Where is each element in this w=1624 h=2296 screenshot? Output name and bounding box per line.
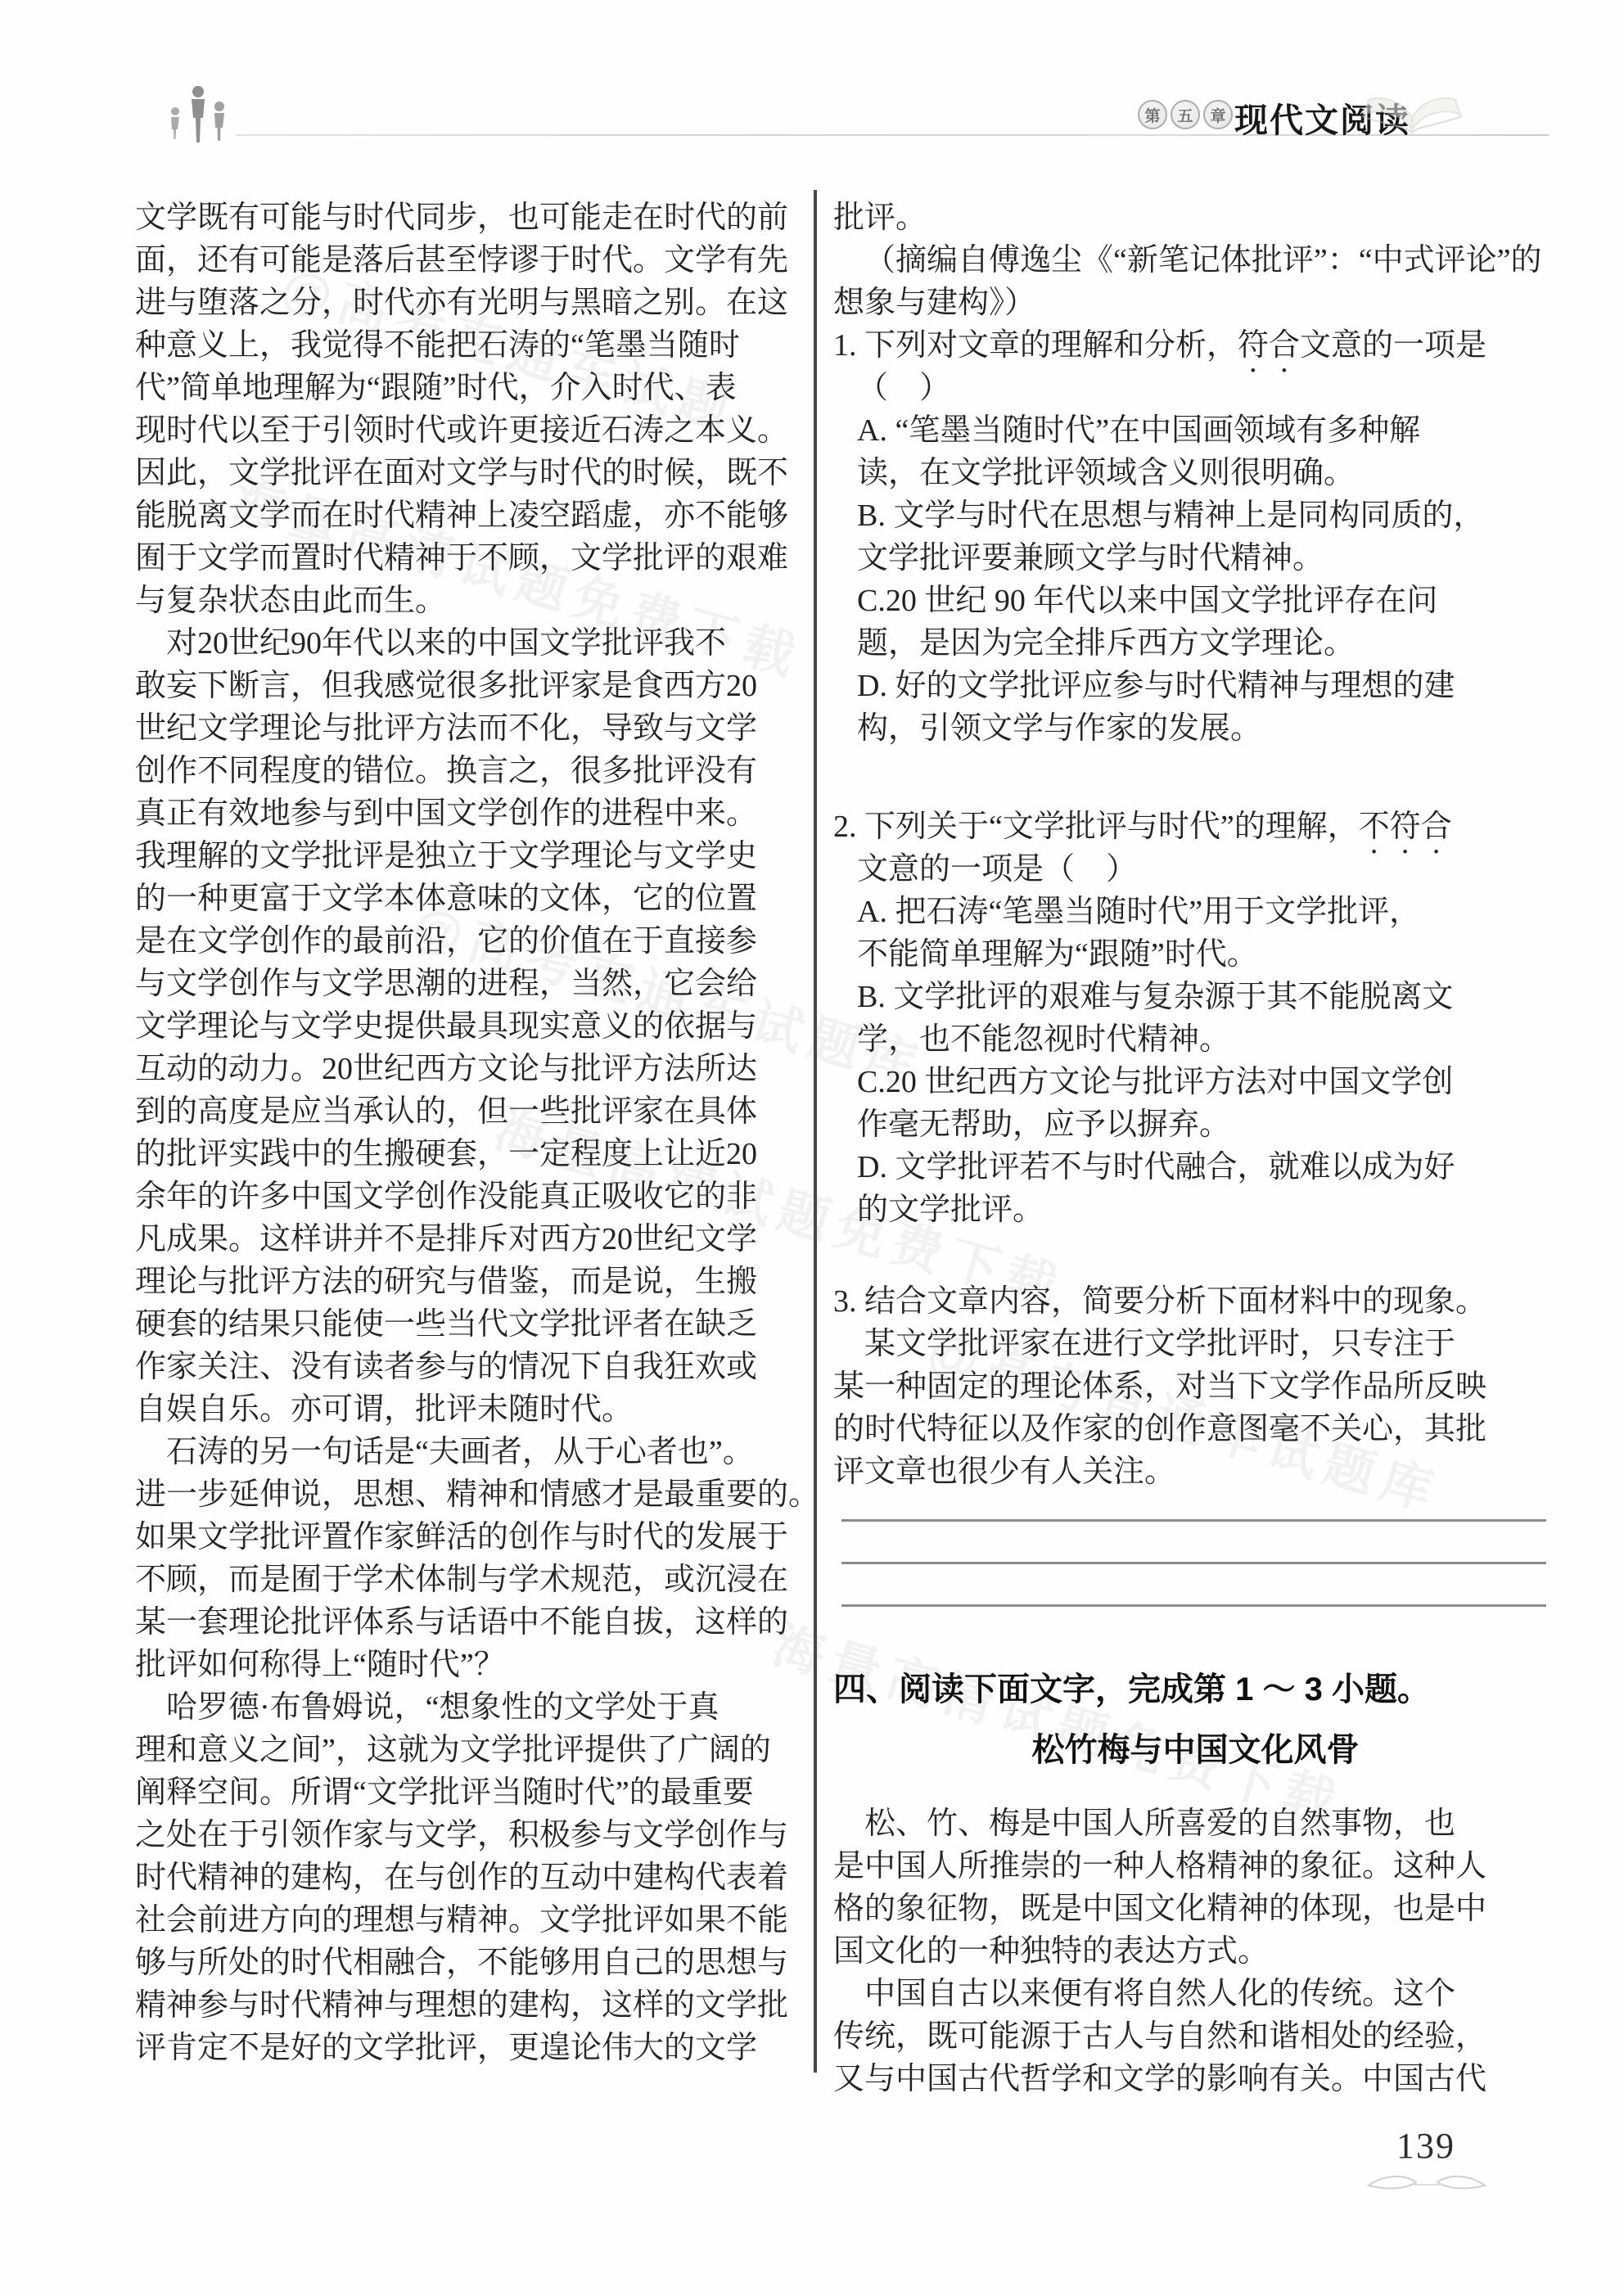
page-number: 139 xyxy=(1396,2125,1455,2167)
text-line: 囿于文学而置时代精神于不顾，文学批评的艰难 xyxy=(135,537,827,580)
text-line: 因此，文学批评在面对文学与时代的时候，既不 xyxy=(135,452,827,494)
text-line: 想象与建构》） xyxy=(833,282,1558,324)
text-line: 进一步延伸说，思想、精神和情感才是最重要的。 xyxy=(135,1473,827,1516)
text-line: C.20 世纪 90 年代以来中国文学批评存在问 xyxy=(833,580,1558,622)
text-line: 能脱离文学而在时代精神上凌空蹈虚，亦不能够 xyxy=(135,494,827,537)
text-line: 够与所处的时代相融合，不能够用自己的思想与 xyxy=(135,1942,827,1984)
left-text-column: 文学既有可能与时代同步，也可能走在时代的前面，还有可能是落后甚至悖谬于时代。文学… xyxy=(135,196,827,2069)
text-line: 与文学创作与文学思潮的进程，当然，它会给 xyxy=(135,963,827,1005)
text-line: C.20 世纪西方文论与批评方法对中国文学创 xyxy=(833,1061,1558,1103)
text-line: （ ） xyxy=(833,367,1558,409)
text-line: 读，在文学批评领域含义则很明确。 xyxy=(833,452,1558,494)
text-line: 的时代特征以及作家的创作意图毫不关心，其批 xyxy=(833,1408,1558,1450)
text-line: A. 把石涛“笔墨当随时代”用于文学批评， xyxy=(833,891,1558,933)
text-line: 批评如何称得上“随时代”？ xyxy=(135,1644,827,1686)
text-line: 国文化的一种独特的表达方式。 xyxy=(833,1930,1558,1973)
answer-line xyxy=(833,1493,1558,1536)
text-line: 格的象征物，既是中国文化精神的体现，也是中 xyxy=(833,1888,1558,1930)
section-heading: 四、阅读下面文字，完成第 1 ～ 3 小题。 xyxy=(833,1668,1558,1711)
chapter-badge: 第 五 章 xyxy=(1138,100,1233,129)
text-line: 与复杂状态由此而生。 xyxy=(135,580,827,622)
text-line: 不顾，而是囿于学术体制与学术规范，或沉浸在 xyxy=(135,1558,827,1601)
spacer xyxy=(833,1621,1558,1668)
text-line: 构，引领文学与作家的发展。 xyxy=(833,707,1558,750)
text-line: 2. 下列关于“文学批评与时代”的理解，不符合 xyxy=(833,805,1558,848)
text-line: 真正有效地参与到中国文学创作的进程中来。 xyxy=(135,792,827,835)
text-line: 敢妄下断言，但我感觉很多批评家是食西方20 xyxy=(135,665,827,707)
text-line: 作家关注、没有读者参与的情况下自我狂欢或 xyxy=(135,1346,827,1388)
text-line: 创作不同程度的错位。换言之，很多批评没有 xyxy=(135,750,827,792)
text-line: 石涛的另一句话是“夫画者，从于心者也”。 xyxy=(135,1431,827,1473)
text-line: 1. 下列对文章的理解和分析，符合文意的一项是 xyxy=(833,324,1558,367)
text-line: 又与中国古代哲学和文学的影响有关。中国古代 xyxy=(833,2058,1558,2100)
text-line: 批评。 xyxy=(833,196,1558,239)
text-line: 3. 结合文章内容，简要分析下面材料中的现象。 xyxy=(833,1280,1558,1323)
passage-title: 松竹梅与中国文化风骨 xyxy=(833,1729,1558,1771)
text-line: 题，是因为完全排斥西方文学理论。 xyxy=(833,622,1558,665)
spacer xyxy=(833,1711,1558,1729)
text-line: 的一种更富于文学本体意味的文体，它的位置 xyxy=(135,877,827,920)
answer-line xyxy=(833,1578,1558,1621)
text-line: 之处在于引领作家与文学，积极参与文学创作与 xyxy=(135,1814,827,1856)
text-line: 到的高度是应当承认的，但一些批评家在具体 xyxy=(135,1090,827,1133)
answer-line xyxy=(833,1536,1558,1578)
text-line: 学，也不能忽视时代精神。 xyxy=(833,1018,1558,1061)
spacer xyxy=(833,1231,1558,1280)
chapter-badge-char: 第 xyxy=(1138,100,1167,129)
chapter-badge-char: 章 xyxy=(1203,100,1233,129)
people-silhouettes-icon xyxy=(164,82,237,147)
text-line: 理和意义之间”，这就为文学批评提供了广阔的 xyxy=(135,1729,827,1771)
text-line: 阐释空间。所谓“文学批评当随时代”的最重要 xyxy=(135,1771,827,1814)
text-line: 的文学批评。 xyxy=(833,1189,1558,1231)
spacer xyxy=(833,1771,1558,1802)
text-line: 世纪文学理论与批评方法而不化，导致与文学 xyxy=(135,707,827,750)
text-line: 余年的许多中国文学创作没能真正吸收它的非 xyxy=(135,1175,827,1218)
text-line: B. 文学批评的艰难与复杂源于其不能脱离文 xyxy=(833,976,1558,1018)
text-line: 社会前进方向的理想与精神。文学批评如果不能 xyxy=(135,1899,827,1942)
text-line: 某一套理论批评体系与话语中不能自拔，这样的 xyxy=(135,1601,827,1644)
text-line: 硬套的结果只能使一些当代文学批评者在缺乏 xyxy=(135,1303,827,1346)
text-line: 代”简单地理解为“跟随”时代，介入时代、表 xyxy=(135,367,827,409)
right-text-column: 批评。（摘编自傅逸尘《“新笔记体批评”：“中式评论”的想象与建构》）1. 下列对… xyxy=(833,196,1558,2100)
text-line: 互动的动力。20世纪西方文论与批评方法所达 xyxy=(135,1048,827,1090)
text-line: 文学批评要兼顾文学与时代精神。 xyxy=(833,537,1558,580)
text-line: 评肯定不是好的文学批评，更遑论伟大的文学 xyxy=(135,2027,827,2069)
text-line: 作毫无帮助，应予以摒弃。 xyxy=(833,1103,1558,1146)
text-line: 不能简单理解为“跟随”时代。 xyxy=(833,933,1558,976)
text-line: 面，还有可能是落后甚至悖谬于时代。文学有先 xyxy=(135,239,827,282)
text-line: 传统，既可能源于古人与自然和谐相处的经验， xyxy=(833,2015,1558,2058)
open-book-icon xyxy=(1359,88,1465,139)
text-line: 松、竹、梅是中国人所喜爱的自然事物，也 xyxy=(833,1802,1558,1845)
emphasized-text: 符合 xyxy=(1238,328,1300,363)
text-line: 文学既有可能与时代同步，也可能走在时代的前 xyxy=(135,196,827,239)
spacer xyxy=(833,750,1558,805)
text-line: 是在文学创作的最前沿，它的价值在于直接参 xyxy=(135,920,827,963)
emphasized-text: 不符合 xyxy=(1359,810,1452,844)
text-line: 哈罗德·布鲁姆说，“想象性的文学处于真 xyxy=(135,1686,827,1729)
text-line: 中国自古以来便有将自然人化的传统。这个 xyxy=(833,1973,1558,2015)
text-line: 现时代以至于引领时代或许更接近石涛之本义。 xyxy=(135,409,827,452)
text-line: （摘编自傅逸尘《“新笔记体批评”：“中式评论”的 xyxy=(833,239,1558,282)
text-line: 某文学批评家在进行文学批评时，只专注于 xyxy=(833,1323,1558,1365)
text-line: 我理解的文学批评是独立于文学理论与文学史 xyxy=(135,835,827,877)
text-line: 对20世纪90年代以来的中国文学批评我不 xyxy=(135,622,827,665)
text-line: 精神参与时代精神与理想的建构，这样的文学批 xyxy=(135,1984,827,2027)
text-line: 是中国人所推崇的一种人格精神的象征。这种人 xyxy=(833,1845,1558,1888)
text-line: A. “笔墨当随时代”在中国画领域有多种解 xyxy=(833,409,1558,452)
text-line: 进与堕落之分，时代亦有光明与黑暗之别。在这 xyxy=(135,282,827,324)
text-line: 如果文学批评置作家鲜活的创作与时代的发展于 xyxy=(135,1516,827,1558)
text-line: 理论与批评方法的研究与借鉴，而是说，生搬 xyxy=(135,1261,827,1303)
text-line: 评文章也很少有人关注。 xyxy=(833,1450,1558,1493)
text-line: 自娱自乐。亦可谓，批评未随时代。 xyxy=(135,1388,827,1431)
text-line: 文意的一项是（ ） xyxy=(833,848,1558,891)
text-line: D. 好的文学批评应参与时代精神与理想的建 xyxy=(833,665,1558,707)
textbook-page: 第 五 章 现代文阅读 @高考直通车试题海量高清试题免费下载@高考直通车试题库海… xyxy=(0,0,1624,2296)
text-line: D. 文学批评若不与时代融合，就难以成为好 xyxy=(833,1146,1558,1189)
text-line: 凡成果。这样讲并不是排斥对西方20世纪文学 xyxy=(135,1218,827,1261)
text-line: 某一种固定的理论体系，对当下文学作品所反映 xyxy=(833,1365,1558,1408)
chapter-badge-char: 五 xyxy=(1171,100,1200,129)
page-number-swoosh-icon xyxy=(1365,2167,1488,2195)
text-line: 种意义上，我觉得不能把石涛的“笔墨当随时 xyxy=(135,324,827,367)
text-line: 的批评实践中的生搬硬套，一定程度上让近20 xyxy=(135,1133,827,1175)
text-line: 文学理论与文学史提供最具现实意义的依据与 xyxy=(135,1005,827,1048)
text-line: 时代精神的建构，在与创作的互动中建构代表着 xyxy=(135,1856,827,1899)
text-line: B. 文学与时代在思想与精神上是同构同质的， xyxy=(833,494,1558,537)
